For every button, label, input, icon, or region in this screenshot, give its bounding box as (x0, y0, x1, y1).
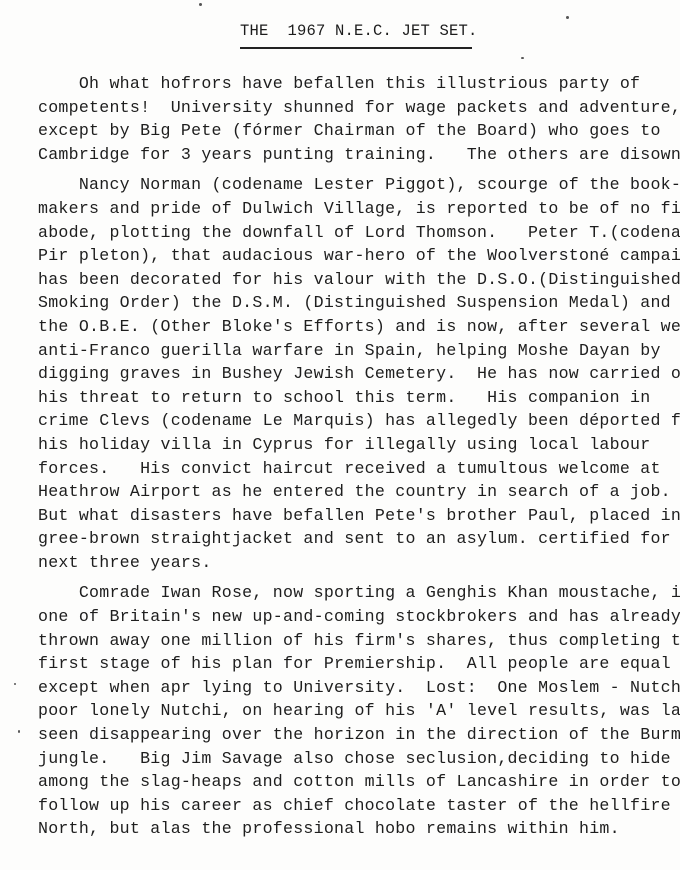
text-line: thrown away one million of his firm's sh… (38, 629, 663, 653)
ink-speck (199, 3, 202, 6)
text-line: competents! University shunned for wage … (38, 96, 663, 120)
text-line: the O.B.E. (Other Bloke's Efforts) and i… (38, 315, 663, 339)
title-underline (240, 47, 472, 49)
text-line: Cambridge for 3 years punting training. … (38, 143, 663, 167)
text-line: Oh what hofrors have befallen this illus… (38, 72, 663, 96)
text-line: gree-brown straightjacket and sent to an… (38, 527, 663, 551)
text-line: next three years. (38, 551, 663, 575)
text-line: his holiday villa in Cyprus for illegall… (38, 433, 663, 457)
text-line: North, but alas the professional hobo re… (38, 817, 663, 841)
text-line: makers and pride of Dulwich Village, is … (38, 197, 663, 221)
ink-speck (14, 683, 16, 685)
text-line: among the slag-heaps and cotton mills of… (38, 770, 663, 794)
text-line: Nancy Norman (codename Lester Piggot), s… (38, 173, 663, 197)
ink-speck (18, 730, 20, 733)
text-line: Smoking Order) the D.S.M. (Distinguished… (38, 291, 663, 315)
text-line: seen disappearing over the horizon in th… (38, 723, 663, 747)
text-line: has been decorated for his valour with t… (38, 268, 663, 292)
text-line: except when apr lying to University. Los… (38, 676, 663, 700)
text-line: Heathrow Airport as he entered the count… (38, 480, 663, 504)
paragraph-1: Oh what hofrors have befallen this illus… (38, 72, 663, 166)
text-line: Pir pleton), that audacious war-hero of … (38, 244, 663, 268)
text-line: But what disasters have befallen Pete's … (38, 504, 663, 528)
paragraph-3: Comrade Iwan Rose, now sporting a Genghi… (38, 581, 663, 841)
paragraph-2: Nancy Norman (codename Lester Piggot), s… (38, 173, 663, 574)
text-line: follow up his career as chief chocolate … (38, 794, 663, 818)
text-line: his threat to return to school this term… (38, 386, 663, 410)
text-line: forces. His convict haircut received a t… (38, 457, 663, 481)
document-title: THE 1967 N.E.C. JET SET. (240, 22, 472, 40)
typewritten-page: THE 1967 N.E.C. JET SET. Oh what hofrors… (0, 0, 680, 870)
text-line: poor lonely Nutchi, on hearing of his 'A… (38, 699, 663, 723)
text-line: except by Big Pete (fórmer Chairman of t… (38, 119, 663, 143)
text-line: anti-Franco guerilla warfare in Spain, h… (38, 339, 663, 363)
ink-speck (566, 16, 569, 19)
ink-speck (521, 57, 524, 59)
text-line: Comrade Iwan Rose, now sporting a Genghi… (38, 581, 663, 605)
text-line: crime Clevs (codename Le Marquis) has al… (38, 409, 663, 433)
text-line: jungle. Big Jim Savage also chose seclus… (38, 747, 663, 771)
text-line: one of Britain's new up-and-coming stock… (38, 605, 663, 629)
text-line: abode, plotting the downfall of Lord Tho… (38, 221, 663, 245)
text-line: digging graves in Bushey Jewish Cemetery… (38, 362, 663, 386)
document-body: Oh what hofrors have befallen this illus… (38, 72, 663, 848)
text-line: first stage of his plan for Premiership.… (38, 652, 663, 676)
